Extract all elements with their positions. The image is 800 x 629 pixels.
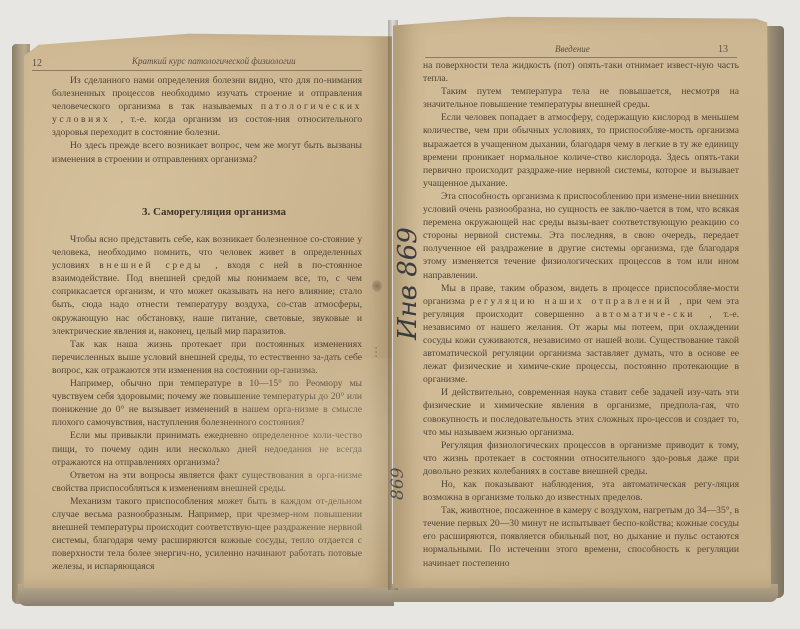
paragraph: Но здесь прежде всего возникает вопрос, … bbox=[52, 139, 362, 165]
open-book: 12 Краткий курс патологической физиологи… bbox=[0, 0, 800, 629]
header-rule bbox=[425, 57, 737, 58]
paragraph: И действительно, современная наука стави… bbox=[423, 386, 739, 438]
paragraph: Если мы привыкли принимать ежедневно опр… bbox=[52, 429, 362, 468]
section-heading: 3. Саморегуляция организма bbox=[142, 206, 286, 218]
right-page: Введение 13 на поверхности тела жидкость… bbox=[393, 14, 771, 588]
paragraph: Ответом на эти вопросы является факт сущ… bbox=[52, 469, 362, 495]
paragraph: Например, обычно при температуре в 10—15… bbox=[52, 377, 362, 429]
paragraph: на поверхности тела жидкость (пот) опять… bbox=[423, 59, 739, 85]
paragraph: Если человек попадает в атмосферу, содер… bbox=[423, 111, 739, 190]
ink-stain bbox=[372, 280, 382, 292]
right-body-text: на поверхности тела жидкость (пот) опять… bbox=[423, 59, 739, 570]
right-running-head: Введение bbox=[555, 44, 590, 54]
paragraph: Таким путем температура тела не повышает… bbox=[423, 85, 739, 111]
handwritten-faint-mark: … bbox=[366, 346, 380, 358]
paragraph: Эта способность организма к приспособлен… bbox=[423, 190, 739, 282]
handwritten-number: 869 bbox=[388, 468, 408, 500]
paragraph: Чтобы ясно представить себе, как возника… bbox=[52, 233, 362, 338]
paragraph: Из сделанного нами определения болезни в… bbox=[52, 74, 362, 139]
left-running-head: Краткий курс патологической физиологии bbox=[132, 56, 296, 66]
left-page-number: 12 bbox=[32, 58, 42, 69]
handwritten-inventory-number: Инв 869 bbox=[393, 227, 423, 340]
paragraph: Так, животное, посаженное в камеру с воз… bbox=[423, 504, 739, 569]
right-page-number: 13 bbox=[718, 44, 728, 55]
paragraph: Механизм такого приспособления может быт… bbox=[52, 495, 362, 574]
paragraph: Мы в праве, таким образом, видеть в проц… bbox=[423, 282, 739, 387]
header-rule bbox=[32, 70, 362, 71]
left-intro-text: Из сделанного нами определения болезни в… bbox=[52, 74, 362, 166]
paragraph: Регуляция физиологических процессов в ор… bbox=[423, 439, 739, 478]
paragraph: Но, как показывают наблюдения, эта автом… bbox=[423, 478, 739, 504]
paragraph: Так как наша жизнь протекает при постоян… bbox=[52, 338, 362, 377]
left-body-text: Чтобы ясно представить себе, как возника… bbox=[52, 233, 362, 573]
left-page: 12 Краткий курс патологической физиологи… bbox=[24, 28, 392, 588]
